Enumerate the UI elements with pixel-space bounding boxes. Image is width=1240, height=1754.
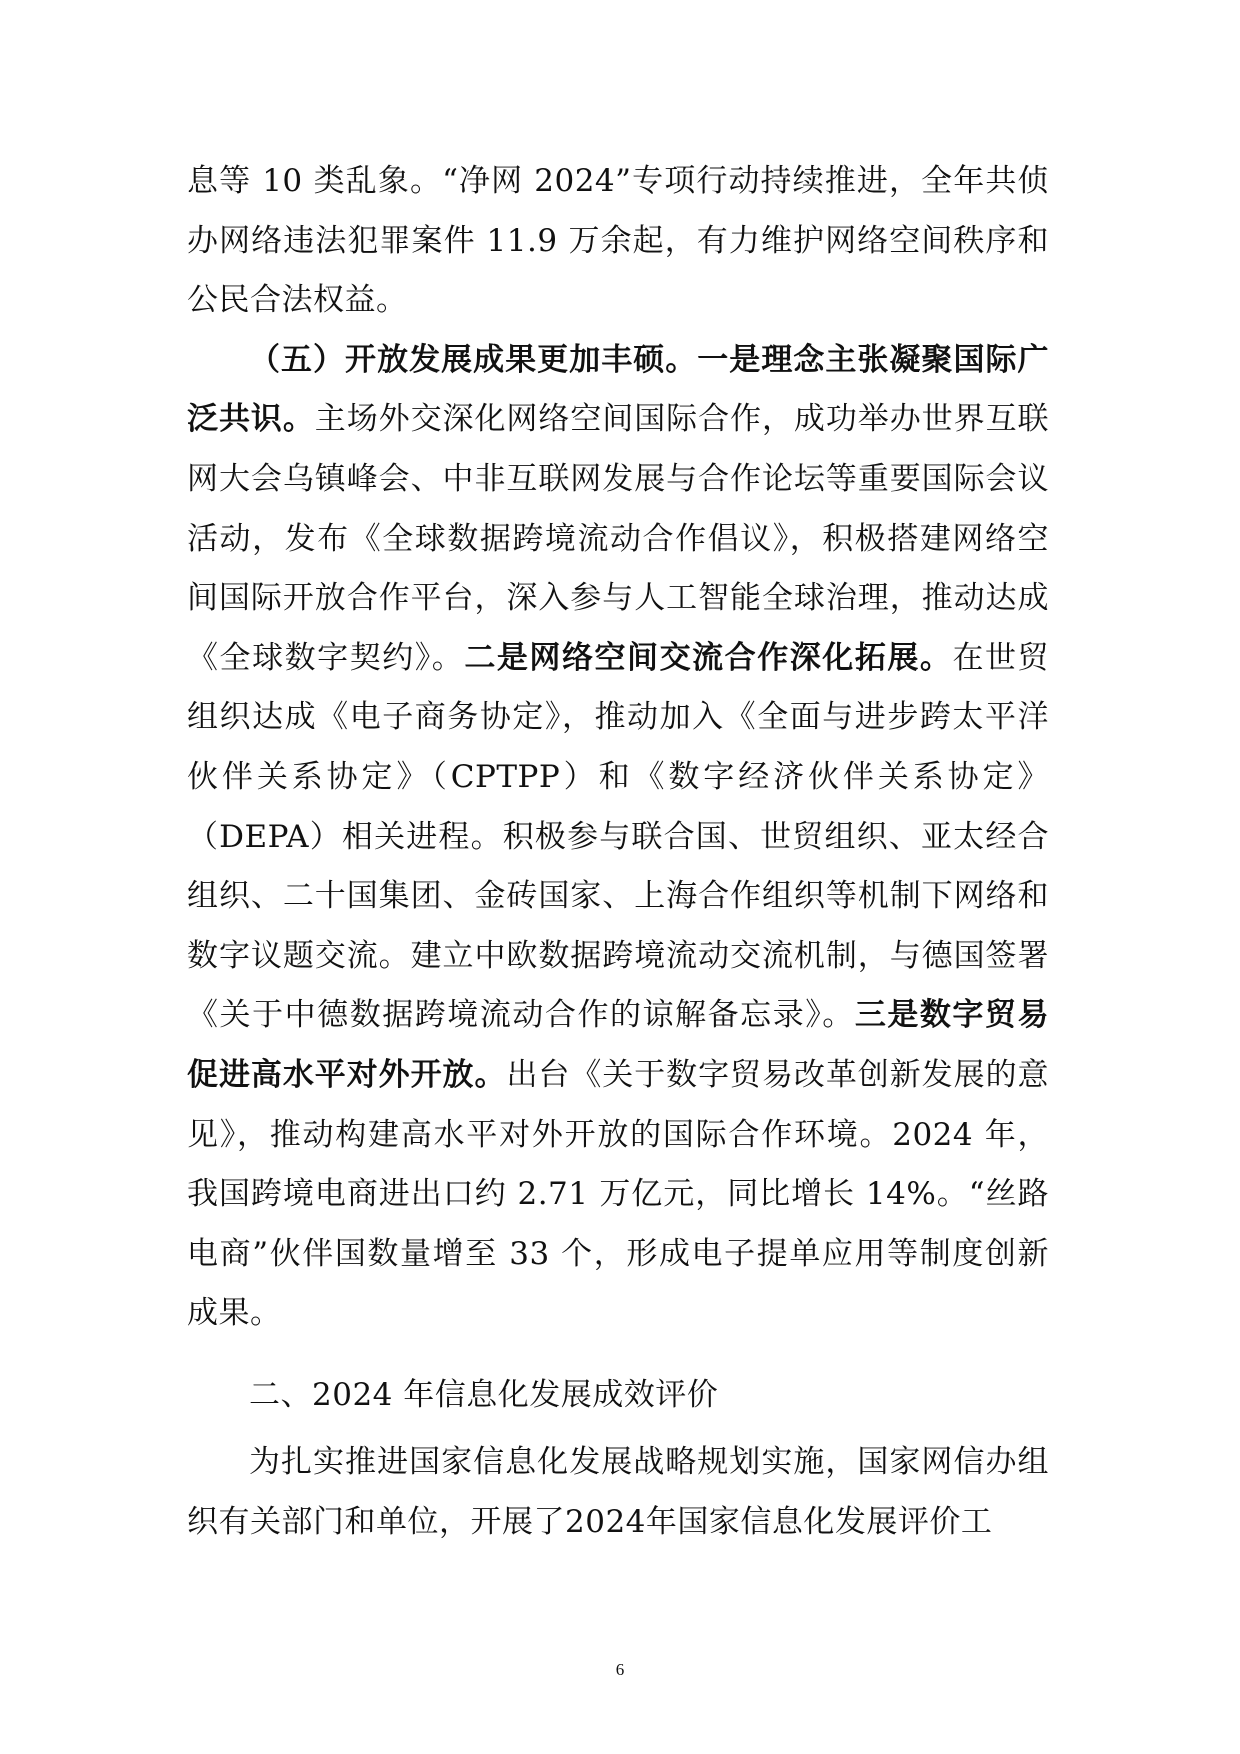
bold-lead-point-two: 二是网络空间交流合作深化拓展。	[464, 640, 952, 676]
paragraph-text: 出台《关于数字贸易改革创新发展的意见》，推动构建高水平对外开放的国际合作环境。2…	[187, 1057, 1049, 1331]
paragraph-text: 主场外交深化网络空间国际合作，成功举办世界互联网大会乌镇峰会、中非互联网发展与合…	[187, 401, 1049, 675]
paragraph-evaluation-intro: 为扎实推进国家信息化发展战略规划实施，国家网信办组织有关部门和单位，开展了202…	[187, 1433, 1049, 1552]
document-page: 息等 10 类乱象。“净网 2024”专项行动持续推进，全年共侦办网络违法犯罪案…	[0, 0, 1240, 1754]
paragraph-continuation: 息等 10 类乱象。“净网 2024”专项行动持续推进，全年共侦办网络违法犯罪案…	[187, 152, 1049, 331]
document-body: 息等 10 类乱象。“净网 2024”专项行动持续推进，全年共侦办网络违法犯罪案…	[187, 152, 1049, 1553]
page-number: 6	[0, 1660, 1240, 1680]
paragraph-text: 在世贸组织达成《电子商务协定》，推动加入《全面与进步跨太平洋伙伴关系协定》（CP…	[187, 640, 1049, 1034]
section-heading: 二、2024 年信息化发展成效评价	[187, 1366, 1049, 1426]
paragraph-open-development: （五）开放发展成果更加丰硕。一是理念主张凝聚国际广泛共识。主场外交深化网络空间国…	[187, 331, 1049, 1344]
paragraph-text: 息等 10 类乱象。“净网 2024”专项行动持续推进，全年共侦办网络违法犯罪案…	[187, 163, 1049, 318]
